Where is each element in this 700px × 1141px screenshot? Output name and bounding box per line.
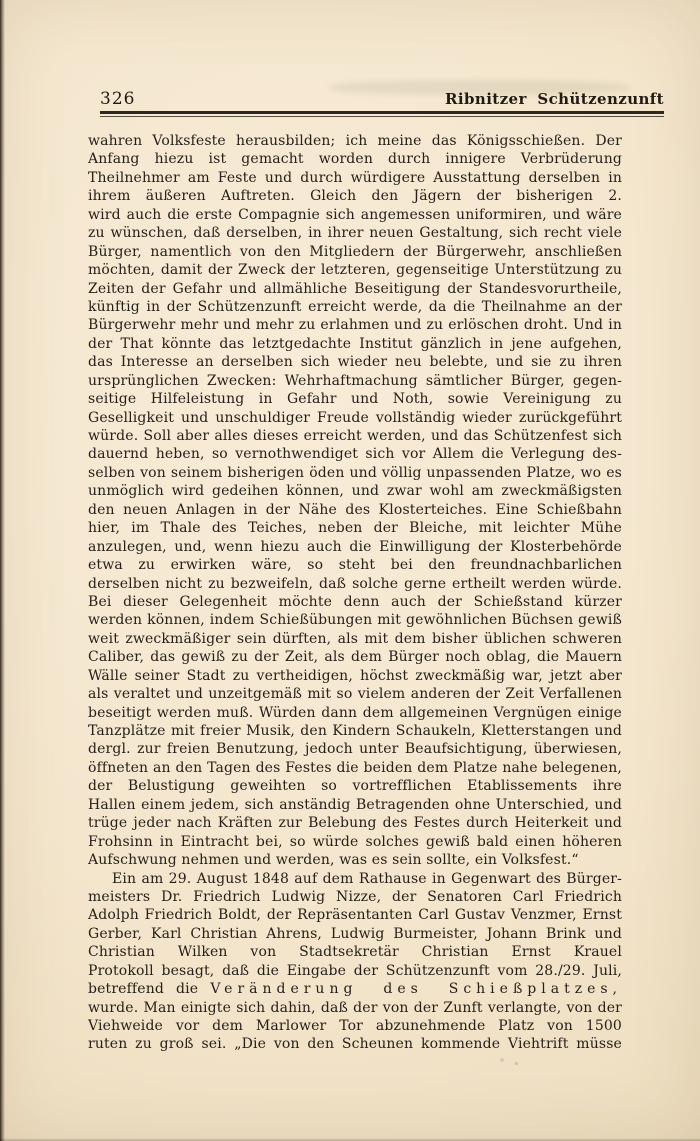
text-line: Hallen einem jedem, sich anständig Betra… [88,796,622,814]
text-line: Caliber, das gewiß zu der Zeit, als dem … [88,648,622,666]
text-line: Tanzplätze mit freier Musik, den Kindern… [88,722,622,740]
text-line: der Belustigung geweihten so vortrefflic… [88,777,622,795]
book-page-scan: 326 Ribnitzer Schützenzunft wahren Volks… [0,0,700,1141]
text-line: meisters Dr. Friedrich Ludwig Nizze, der… [88,888,622,906]
text-line: Frohsinn in Eintracht bei, so würde solc… [88,833,622,851]
text-line: Bürgerwehr mehr und mehr zu erlahmen und… [88,316,622,334]
running-title: Ribnitzer Schützenzunft [445,90,664,108]
text-line: der That könnte das letztgedachte Instit… [88,335,622,353]
text-line: wird auch die erste Compagnie sich angem… [88,206,622,224]
text-line: ursprünglichen Zwecken: Wehrhaftmachung … [88,372,622,390]
text-line: selben von seinem bisherigen öden und vö… [88,464,622,482]
page-number: 326 [100,89,135,109]
text-line: Aufschwung nehmen und werden, was es sei… [88,851,622,869]
page-header: 326 Ribnitzer Schützenzunft [100,89,664,109]
text-run: betreffend die [88,981,210,997]
text-line: möchten, damit der Zweck der letzteren, … [88,261,622,279]
scan-left-edge [0,0,5,1141]
text-line: öffneten an den Tagen des Festes die bei… [88,759,622,777]
text-line: Christian Wilken von Stadtsekretär Chris… [88,943,622,961]
text-line: wahren Volksfeste herausbilden; ich mein… [88,132,622,150]
text-line: trüge jeder nach Kräften zur Belebung de… [88,814,622,832]
text-line: das Interesse an derselben sich wieder n… [88,353,622,371]
text-line: Theilnehmer am Feste und durch würdigere… [88,169,622,187]
text-line: betreffend die Veränderung des Schießpla… [88,980,622,998]
text-line: Adolph Friedrich Boldt, der Repräsentant… [88,906,622,924]
text-line: künftig in der Schützenzunft erreicht we… [88,298,622,316]
text-line: anzulegen, und, wenn hiezu auch die Einw… [88,538,622,556]
text-line: Bürger, namentlich von den Mitgliedern d… [88,243,622,261]
text-line: würde. Soll aber alles dieses erreicht w… [88,427,622,445]
text-line: seitige Hilfeleistung in Gefahr und Noth… [88,390,622,408]
paper-speck [228,252,232,255]
text-line: wurde. Man einigte sich dahin, daß der v… [88,999,622,1017]
text-line: ruten zu groß sei. „Die von den Scheunen… [88,1035,622,1053]
text-line: Anfang hiezu ist gemacht worden durch in… [88,150,622,168]
header-rule [100,111,664,117]
text-line: Protokoll besagt, daß die Eingabe der Sc… [88,962,622,980]
text-line: werden können, indem Schießübungen mit g… [88,611,622,629]
paper-speck [515,1062,518,1065]
header-rule-thick [100,111,664,114]
text-line: unmöglich wird gedeihen können, und zwar… [88,482,622,500]
text-line: Bei dieser Gelegenheit möchte denn auch … [88,593,622,611]
text-line: Ein am 29. August 1848 auf dem Rathause … [88,870,622,888]
text-line: derselben nicht zu bezweifeln, daß solch… [88,575,622,593]
text-line: Gerber, Karl Christian Ahrens, Ludwig Bu… [88,925,622,943]
text-line: dauernd heben, so vernothwendiget sich v… [88,445,622,463]
text-line: als veraltet und unzeitgemäß mit so viel… [88,685,622,703]
paper-speck [500,1058,504,1062]
text-line: den neuen Anlagen in der Nähe des Kloste… [88,501,622,519]
header-rule-thin [100,116,664,117]
text-line: Zeiten der Gefahr und allmähliche Beseit… [88,280,622,298]
text-block: wahren Volksfeste herausbilden; ich mein… [88,132,622,1054]
text-line: ihrem äußeren Auftreten. Gleich den Jäge… [88,187,622,205]
text-line: Wälle seiner Stadt zu vertheidigen, höch… [88,667,622,685]
text-line: Geselligkeit und unschuldiger Freude vol… [88,409,622,427]
text-line: weit zweckmäßiger sein dürften, als mit … [88,630,622,648]
text-line: zu wünschen, daß derselben, in ihrer neu… [88,224,622,242]
text-line: beseitigt werden muß. Würden dann dem al… [88,704,622,722]
text-line: hier, im Thale des Teiches, neben der Bl… [88,519,622,537]
text-line: etwa zu erwirken wäre, so steht bei den … [88,556,622,574]
spaced-emphasis: Veränderung des Schießplatzes, [210,981,622,997]
text-line: dergl. zur freien Benutzung, jedoch unte… [88,740,622,758]
text-line: Viehweide vor dem Marlower Tor abzunehme… [88,1017,622,1035]
